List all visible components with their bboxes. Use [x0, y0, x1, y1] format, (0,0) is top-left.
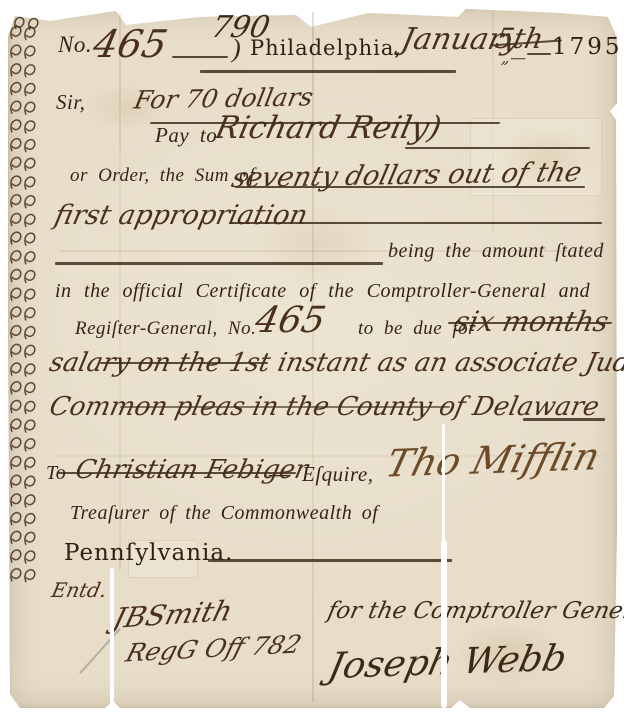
- sum-written-1: seventy dollars out of the: [229, 157, 585, 194]
- ruled-line: [200, 70, 456, 73]
- due-written: six months: [451, 305, 611, 338]
- paper-slit: [441, 540, 447, 708]
- warrant-number: 465: [89, 22, 171, 66]
- paren: ): [232, 34, 241, 64]
- ruled-line: [55, 262, 383, 265]
- esquire-label: Eſquire,: [302, 462, 373, 487]
- ornamental-loop-border-top: [12, 16, 46, 34]
- ruled-line: [405, 147, 590, 149]
- date-year: 1795: [552, 34, 623, 60]
- date-ditto: „—: [500, 48, 528, 67]
- pleas-line: Common pleas in the County of Delaware: [47, 392, 602, 422]
- paper-slit: [442, 424, 445, 544]
- salutation: Sir,: [56, 90, 85, 115]
- register-number: 465: [252, 300, 329, 341]
- ornamental-loop-border: [6, 24, 52, 586]
- salary-line: salary on the 1st instant as an associat…: [47, 348, 624, 378]
- register-label: Regiſter-General, No.: [75, 318, 256, 340]
- document-scan: 790 No. 465 ) Philadelphia, January 5th …: [0, 0, 624, 720]
- pay-to-label: Pay to: [155, 123, 217, 148]
- entered-note: Entd.: [49, 578, 109, 602]
- treasurer-line: Treaſurer of the Commonwealth of: [70, 502, 378, 525]
- no-label: No.: [58, 32, 92, 58]
- sum-written-2: first appropriation: [52, 200, 311, 231]
- ruled-line: [172, 56, 228, 58]
- right-signature: Tho Mifflin: [381, 434, 604, 485]
- payee-name: Richard Reily): [212, 110, 444, 146]
- state-line: Pennſylvania.: [64, 540, 233, 566]
- or-order-label: or Order, the Sum of: [70, 165, 255, 187]
- amount-stated-label: being the amount ſtated: [388, 240, 604, 263]
- paper-slit: [110, 568, 114, 708]
- for-comptroller-line: for the Comptroller General: [325, 598, 624, 624]
- to-label: To: [46, 462, 66, 485]
- ruled-line: [208, 559, 452, 562]
- city-label: Philadelphia,: [250, 36, 402, 60]
- comptroller-signature: Joseph Webb: [325, 638, 571, 687]
